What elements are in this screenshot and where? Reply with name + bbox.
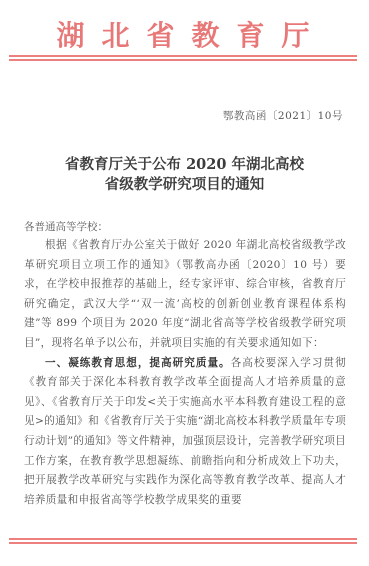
top-red-rule-thin: [9, 59, 357, 61]
section-1-text: 各高校要深入学习贯彻《教育部关于深化本科教育教学改革全面提高人才培养质量的意见》…: [24, 357, 346, 506]
document-body: 根据《省教育厅办公室关于做好 2020 年湖北高校省级教学改革研究项目立项工作的…: [24, 236, 346, 510]
paragraph-intro: 根据《省教育厅办公室关于做好 2020 年湖北高校省级教学改革研究项目立项工作的…: [24, 236, 346, 354]
section-1-heading: 一、凝练教育思想，提高研究质量。: [45, 357, 231, 369]
top-red-rule: [9, 55, 357, 57]
masthead-org-name: 湖北省教育厅: [0, 14, 369, 54]
document-title: 省教育厅关于公布 2020 年湖北高校 省级教学研究项目的通知: [0, 155, 369, 195]
bottom-red-rule: [9, 538, 357, 540]
paragraph-section-1: 一、凝练教育思想，提高研究质量。各高校要深入学习贯彻《教育部关于深化本科教育教学…: [24, 354, 346, 511]
document-number: 鄂教高函〔2021〕10号: [223, 108, 343, 123]
salutation: 各普通高等学校：: [24, 219, 108, 234]
title-line-1: 省教育厅关于公布 2020 年湖北高校: [0, 155, 369, 175]
title-line-2: 省级教学研究项目的通知: [0, 175, 369, 195]
bottom-red-rule-thin: [9, 542, 357, 544]
